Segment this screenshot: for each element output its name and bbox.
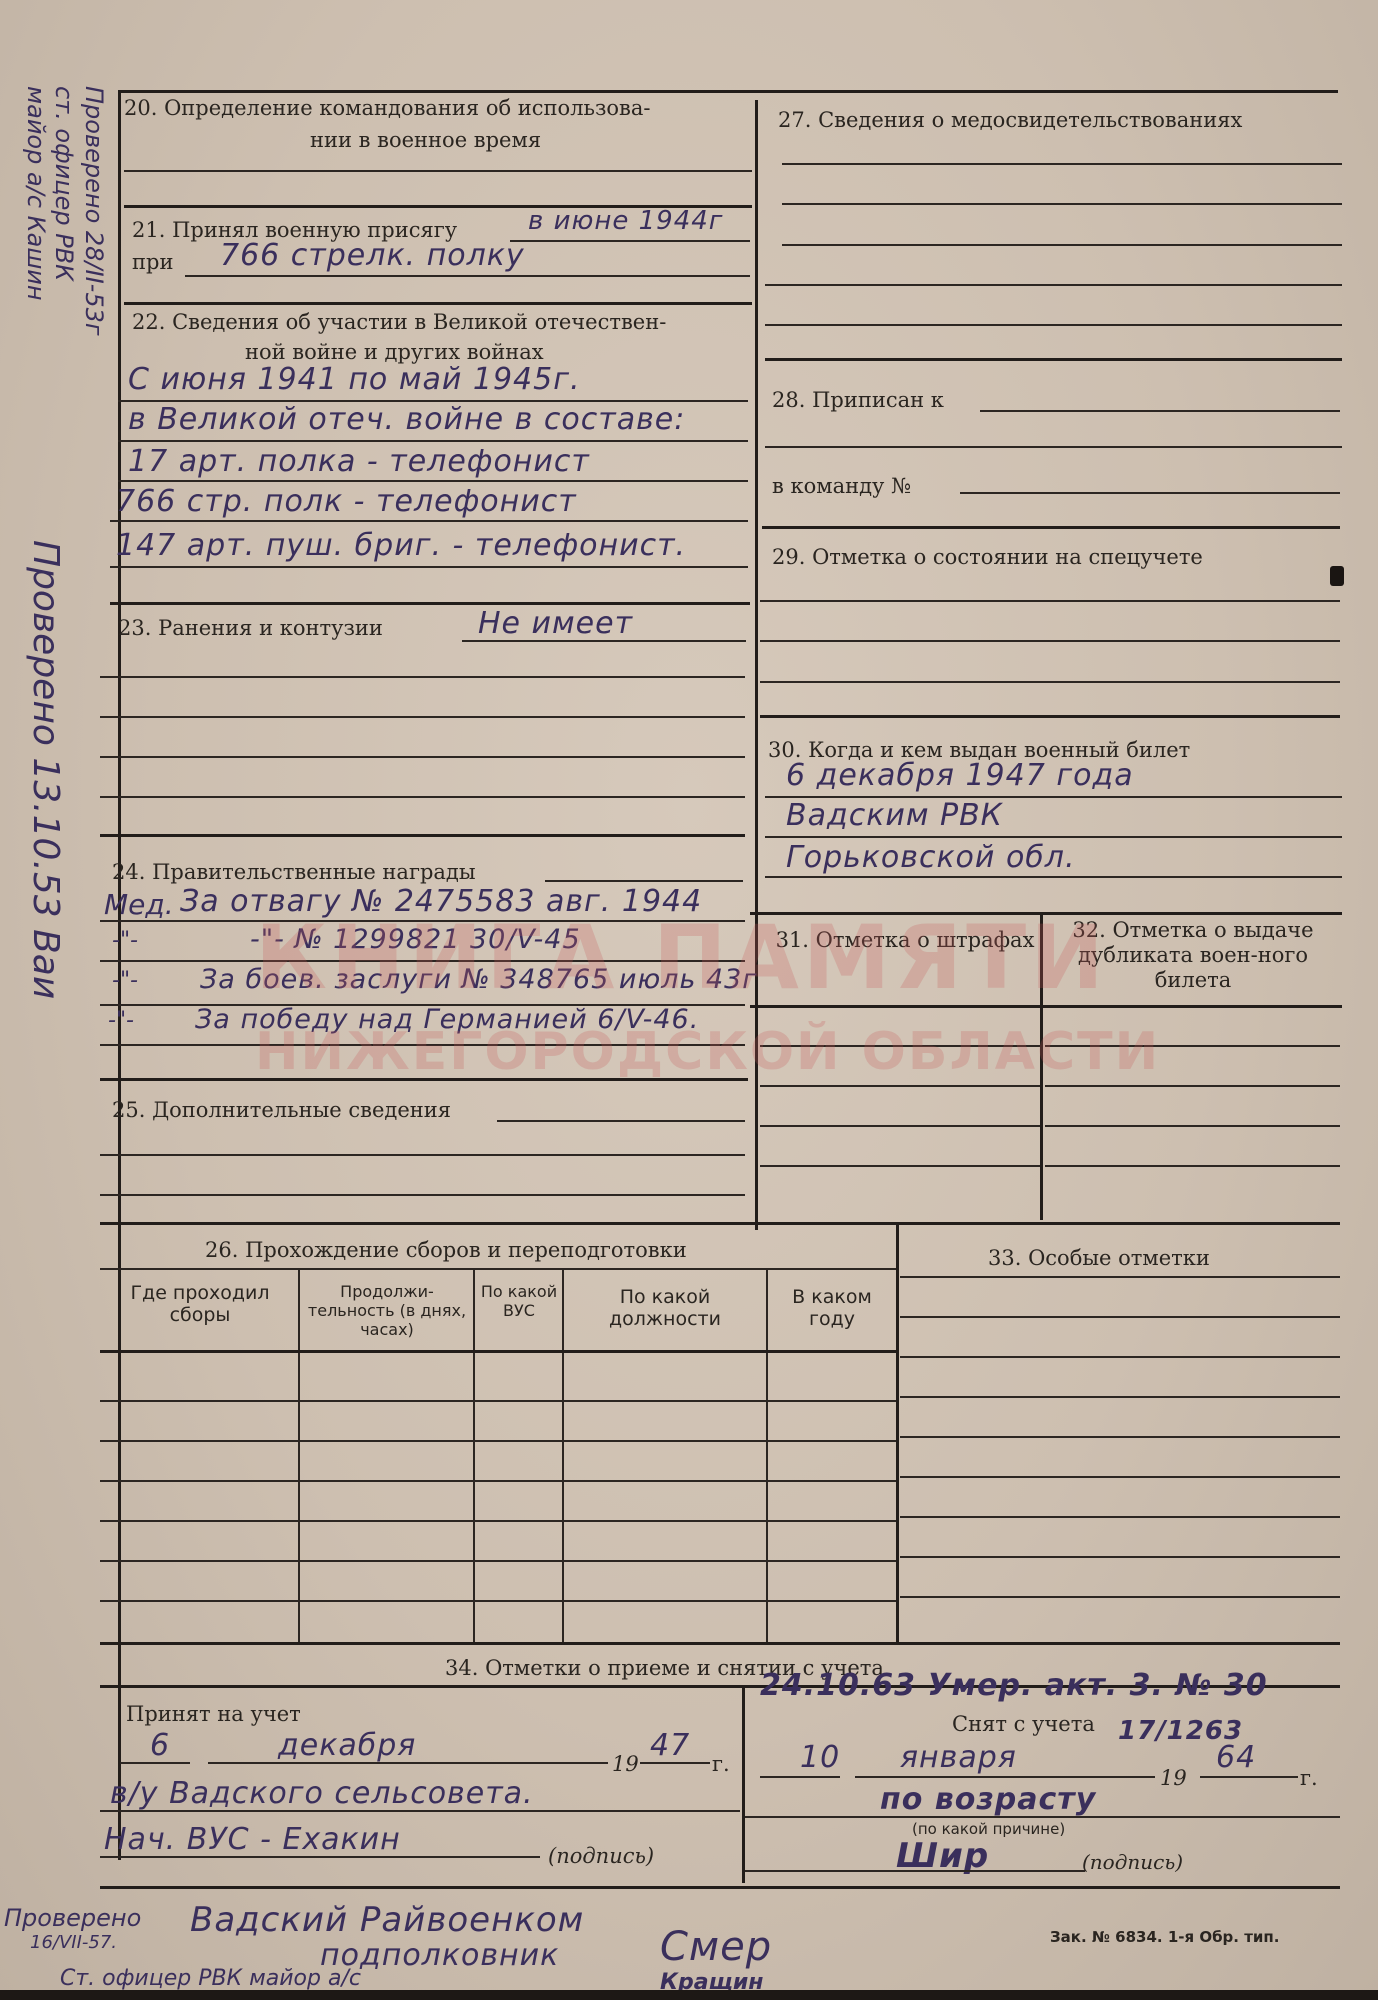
rule [745, 1870, 1085, 1872]
accepted-month: декабря [278, 1728, 416, 1763]
rule [900, 1276, 1340, 1278]
rule [100, 1440, 896, 1442]
accepted-by: в/у Вадского сельсовета. [110, 1776, 534, 1811]
rule [100, 756, 745, 758]
removed-year-prefix: 19 [1160, 1766, 1187, 1790]
award-3-prefix: -"- [112, 968, 138, 993]
section26-33-divider [896, 1225, 899, 1645]
section29-label: 29. Отметка о состоянии на спецучете [772, 545, 1203, 569]
rule [110, 520, 748, 522]
rule [1045, 1045, 1340, 1047]
section31-32-divider [1040, 915, 1043, 1220]
section25-label: 25. Дополнительные сведения [112, 1098, 451, 1122]
accepted-label: Принят на учет [126, 1702, 301, 1726]
rule [782, 163, 1342, 165]
section33-label: 33. Особые отметки [988, 1246, 1210, 1270]
rule [760, 1776, 840, 1778]
section23-label: 23. Ранения и контузии [118, 616, 383, 640]
section21-at-label: при [132, 250, 173, 274]
footer-verified: Проверено [4, 1904, 141, 1932]
section22-line-5: 147 арт. пуш. бриг. - телефонист. [116, 528, 686, 563]
rule [765, 446, 1342, 448]
margin-note-1-line3: майор а/с Кашин [22, 86, 50, 301]
rule [100, 1642, 1340, 1645]
col-divider [562, 1268, 564, 1643]
rule [760, 1045, 1040, 1047]
rule [100, 1268, 896, 1270]
rule [100, 1520, 896, 1522]
award-3-text: За боев. заслуги № 348765 июль 43г [200, 964, 757, 995]
rule [100, 1856, 540, 1858]
rule [765, 836, 1342, 838]
rule [462, 640, 746, 642]
section23-value: Не имеет [478, 606, 633, 641]
rule [782, 203, 1342, 205]
accepted-year-prefix: 19 [612, 1752, 639, 1776]
margin-note-2: Проверено 13.10.53 Ваи [25, 540, 66, 999]
col-header-duration: Продолжи-тельность (в днях, часах) [302, 1282, 472, 1339]
removed-label: Снят с учета [952, 1712, 1095, 1736]
photo-edge [0, 1990, 1378, 2000]
section24-label: 24. Правительственные награды [112, 860, 476, 884]
frame-top [118, 90, 1338, 93]
award-4-prefix: -"- [108, 1008, 134, 1033]
rule [100, 1194, 745, 1196]
rule [100, 1078, 748, 1081]
rule [100, 1154, 745, 1156]
section34-divider [742, 1688, 745, 1883]
rule [900, 1596, 1340, 1598]
rule [750, 912, 1342, 915]
margin-note-1-line2: ст. офицер РВК [50, 86, 78, 281]
rule [100, 1350, 896, 1353]
rule [100, 960, 745, 962]
rule [760, 1085, 1040, 1087]
rule [900, 1436, 1340, 1438]
section20-label: 20. Определение командования об использо… [124, 96, 651, 120]
column-divider [755, 100, 758, 1230]
margin-note-1-line1: Проверено 28/II-53г [80, 86, 108, 335]
accepted-day: 6 [150, 1728, 170, 1763]
footer-date: 16/VII-57. [30, 1932, 117, 1953]
rule [1045, 1085, 1340, 1087]
section20-label2: нии в военное время [310, 128, 541, 152]
footer-office: Вадский Райвоенком [190, 1900, 584, 1940]
rule [760, 600, 1340, 602]
section22-line-4: 766 стр. полк - телефонист [116, 484, 577, 519]
col-divider [298, 1268, 300, 1643]
col-divider [473, 1268, 475, 1643]
rule [118, 440, 748, 442]
rule [118, 480, 748, 482]
accepted-year: 47 [650, 1728, 690, 1763]
rule [960, 492, 1340, 494]
rule [185, 275, 750, 277]
rule [782, 244, 1342, 246]
rule [760, 640, 1340, 642]
removed-reason: по возрасту [880, 1782, 1096, 1817]
footer-signature: Смер [660, 1924, 772, 1970]
removed-month: января [900, 1740, 1017, 1775]
rule [750, 1005, 1342, 1008]
rule [760, 1125, 1040, 1127]
rule [900, 1476, 1340, 1478]
rule [124, 170, 752, 172]
col-divider [766, 1268, 768, 1643]
rule [900, 1516, 1340, 1518]
section21-unit: 766 стрелк. полку [220, 238, 525, 273]
section27-label: 27. Сведения о медосвидетельствованиях [778, 108, 1242, 132]
rule [100, 1886, 1340, 1889]
rule [208, 1762, 608, 1764]
award-1-prefix: Мед. [104, 888, 174, 921]
rule [900, 1316, 1340, 1318]
section30-line-2: Вадским РВК [786, 798, 1003, 833]
rule [110, 602, 750, 605]
rule [100, 1600, 896, 1602]
section32-label: 32. Отметка о выдаче дубликата воен-ного… [1048, 918, 1338, 993]
removed-overwrite-note: 24.10.63 Умер. акт. 3. № 30 [760, 1668, 1268, 1703]
rule [980, 410, 1340, 412]
rule [100, 834, 745, 837]
removed-year-suffix: г. [1300, 1766, 1318, 1790]
rule [900, 1396, 1340, 1398]
rule [110, 566, 748, 568]
rule [100, 1810, 740, 1812]
col-header-year: В каком году [770, 1286, 894, 1330]
section26-title: 26. Прохождение сборов и переподготовки [205, 1238, 687, 1262]
footer-print-info: Зак. № 6834. 1-я Обр. тип. [1050, 1928, 1279, 1946]
section28-label: 28. Приписан к [772, 388, 944, 412]
award-2-prefix: -"- [112, 928, 138, 953]
section22-line-3: 17 арт. полка - телефонист [128, 444, 590, 479]
section30-line-1: 6 декабря 1947 года [786, 758, 1134, 793]
award-1-text: За отвагу № 2475583 авг. 1944 [180, 884, 702, 919]
rule [100, 676, 745, 678]
section22-line-1: С июня 1941 по май 1945г. [128, 362, 581, 397]
rule [855, 1776, 1155, 1778]
document-page: Проверено 28/II-53г ст. офицер РВК майор… [0, 0, 1378, 2000]
rule [100, 1400, 896, 1402]
rule [900, 1356, 1340, 1358]
rule [765, 284, 1342, 286]
rule [760, 715, 1340, 718]
rule [1200, 1776, 1298, 1778]
footer-officer: Ст. офицер РВК майор а/с [60, 1966, 361, 1991]
award-2-text: -"- № 1299821 30/V-45 [250, 924, 581, 955]
accepted-signature-label: (подпись) [548, 1844, 654, 1868]
section30-line-3: Горьковской обл. [786, 840, 1076, 875]
rule [124, 302, 752, 305]
rule [745, 1816, 1340, 1818]
rule [640, 1762, 710, 1764]
col-header-where: Где проходил сборы [102, 1282, 298, 1326]
accepted-signature: Нач. ВУС - Ехакин [104, 1822, 401, 1857]
col-header-position: По какой должности [566, 1286, 764, 1330]
section28-team-label: в команду № [772, 474, 911, 498]
rule [100, 1044, 745, 1046]
rule [760, 681, 1340, 683]
rule [765, 324, 1342, 326]
rule [545, 880, 743, 882]
rule [100, 1560, 896, 1562]
rule [765, 876, 1342, 878]
rule [1045, 1125, 1340, 1127]
rule [100, 716, 745, 718]
section22-label: 22. Сведения об участии в Великой отечес… [132, 310, 666, 334]
rule [100, 1222, 1340, 1225]
section21-oath-date: в июне 1944г [528, 206, 723, 236]
rule [765, 358, 1342, 361]
removed-year: 64 [1216, 1740, 1256, 1775]
rule [760, 1165, 1040, 1167]
award-4-text: За победу над Германией 6/V-46. [195, 1004, 699, 1035]
rule [100, 920, 745, 922]
section22-label2: ной войне и других войнах [245, 340, 544, 364]
rule [100, 796, 745, 798]
rule [1045, 1165, 1340, 1167]
rule [900, 1556, 1340, 1558]
col-header-vus: По какой ВУС [478, 1282, 560, 1320]
rule [100, 1480, 896, 1482]
rule [762, 526, 1340, 529]
binder-notch [1330, 566, 1344, 586]
rule [497, 1120, 745, 1122]
accepted-year-suffix: г. [712, 1752, 730, 1776]
rule [510, 240, 750, 242]
section31-label: 31. Отметка о штрафах [775, 928, 1035, 953]
section22-line-2: в Великой отеч. войне в составе: [128, 402, 685, 437]
removed-signature-label: (подпись) [1082, 1850, 1183, 1874]
removed-day: 10 [800, 1740, 840, 1775]
rule [120, 1762, 190, 1764]
